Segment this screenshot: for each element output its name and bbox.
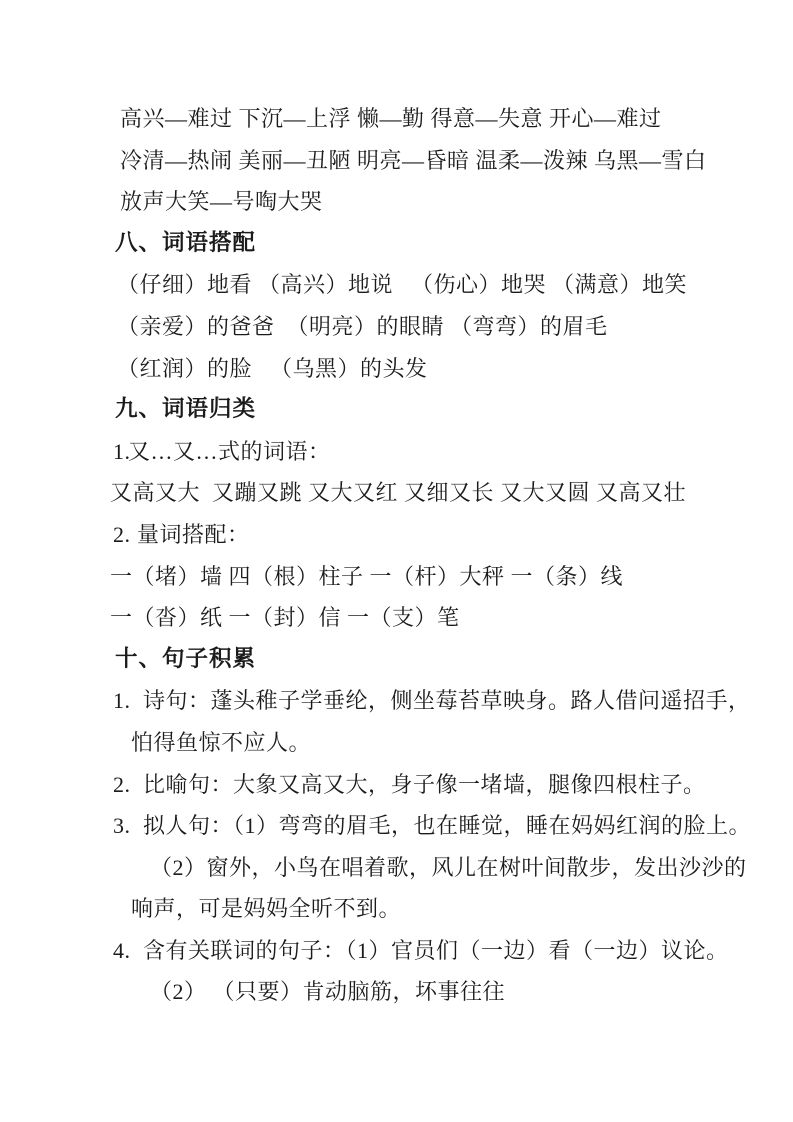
sentence-item-4: 4. 含有关联词的句子：（1）官员们（一边）看（一边）议论。 <box>110 930 710 972</box>
word-pairing-line-1: （仔细）地看 （高兴）地说 （伤心）地哭 （满意）地笑 <box>110 264 710 306</box>
document-page: 高兴—难过 下沉—上浮 懒—勤 得意—失意 开心—难过 冷清—热闹 美丽—丑陋 … <box>0 0 793 1122</box>
antonym-pairs-line-1: 高兴—难过 下沉—上浮 懒—勤 得意—失意 开心—难过 <box>110 98 710 140</box>
word-pairing-line-2: （亲爱）的爸爸 （明亮）的眼睛 （弯弯）的眉毛 <box>110 306 710 348</box>
section-heading-sentences: 十、句子积累 <box>110 639 710 681</box>
word-category-item-2: 2. 量词搭配： <box>110 514 710 556</box>
list-item-text: 拟人句：（1）弯弯的眉毛，也在睡觉，睡在妈妈红润的脸上。 <box>143 805 751 847</box>
list-item-text: 诗句：蓬头稚子学垂纶，侧坐莓苔草映身。路人借问遥招手， <box>143 680 751 722</box>
sentence-item-3-continuation: 响声，可是妈妈全听不到。 <box>110 888 710 930</box>
section-heading-word-pairing: 八、词语搭配 <box>110 223 710 265</box>
list-item-text: 含有关联词的句子：（1）官员们（一边）看（一边）议论。 <box>143 930 729 972</box>
list-item-number: 1. <box>113 431 128 473</box>
quantifier-line-1: 一（堵）墙 四（根）柱子 一（杆）大秤 一（条）线 <box>110 556 710 598</box>
list-item-number: 3. <box>113 805 143 847</box>
list-item-text: 比喻句：大象又高又大，身子像一堵墙，腿像四根柱子。 <box>143 764 706 806</box>
list-item-text: 又…又…式的词语： <box>128 431 331 473</box>
word-category-item-1: 1. 又…又…式的词语： <box>110 431 710 473</box>
word-pairing-line-3: （红润）的脸 （乌黑）的头发 <box>110 348 710 390</box>
sentence-item-1-continuation: 怕得鱼惊不应人。 <box>110 722 710 764</box>
quantifier-line-2: 一（沓）纸 一（封）信 一（支）笔 <box>110 597 710 639</box>
section-heading-word-category: 九、词语归类 <box>110 389 710 431</box>
list-item-number: 1. <box>113 680 143 722</box>
word-category-item-1-words: 又高又大 又蹦又跳 又大又红 又细又长 又大又圆 又高又壮 <box>110 472 710 514</box>
list-item-number: 2. <box>113 514 137 556</box>
antonym-pairs-line-3: 放声大笑—号啕大哭 <box>110 181 710 223</box>
sentence-item-3: 3. 拟人句：（1）弯弯的眉毛，也在睡觉，睡在妈妈红润的脸上。 <box>110 805 710 847</box>
list-item-number: 2. <box>113 764 143 806</box>
page-content: 高兴—难过 下沉—上浮 懒—勤 得意—失意 开心—难过 冷清—热闹 美丽—丑陋 … <box>110 98 710 1013</box>
list-item-text: 量词搭配： <box>137 514 250 556</box>
sentence-item-1: 1. 诗句：蓬头稚子学垂纶，侧坐莓苔草映身。路人借问遥招手， <box>110 680 710 722</box>
antonym-pairs-line-2: 冷清—热闹 美丽—丑陋 明亮—昏暗 温柔—泼辣 乌黑—雪白 <box>110 140 710 182</box>
list-item-number: 4. <box>113 930 143 972</box>
sentence-item-4-sub-line: （2） （只要）肯动脑筋，坏事往往 <box>110 971 710 1013</box>
sentence-item-2: 2. 比喻句：大象又高又大，身子像一堵墙，腿像四根柱子。 <box>110 764 710 806</box>
sentence-item-3-sub-line: （2）窗外，小鸟在唱着歌，风儿在树叶间散步，发出沙沙的 <box>110 847 710 889</box>
